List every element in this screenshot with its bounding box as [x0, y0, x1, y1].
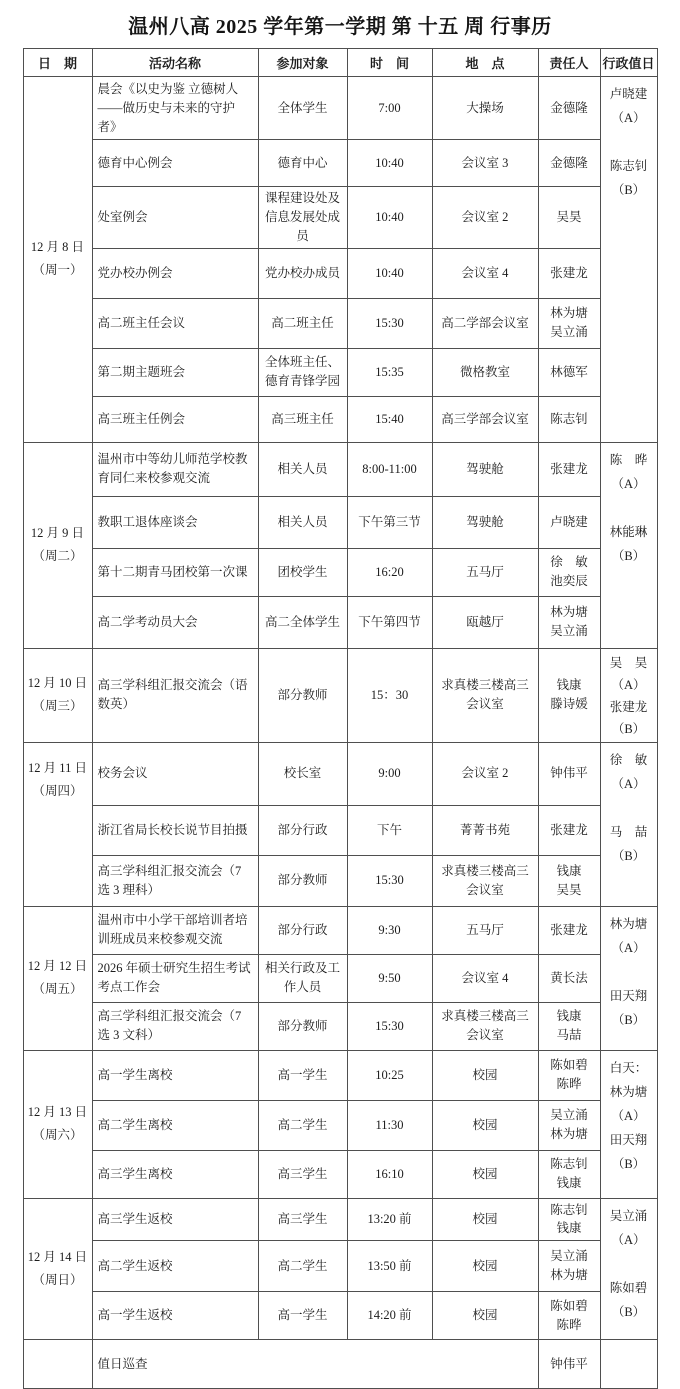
owner-cell: 林为塘 吴立涌 — [538, 596, 600, 648]
col-header-activity: 活动名称 — [92, 49, 258, 77]
schedule-row: 高二学考动员大会 高二全体学生 下午第四节 瓯越厅 林为塘 吴立涌 — [23, 596, 657, 648]
participants-cell: 部分教师 — [258, 1002, 347, 1050]
time-cell: 14:20 前 — [347, 1292, 432, 1340]
location-cell: 瓯越厅 — [432, 596, 538, 648]
duty-cell: 林为塘 （A） 田天翔 （B） — [600, 906, 657, 1050]
schedule-row: 党办校办例会 党办校办成员 10:40 会议室 4 张建龙 — [23, 248, 657, 298]
schedule-row: 高三学科组汇报交流会（7 选 3 文科） 部分教师 15:30 求真楼三楼高三 … — [23, 1002, 657, 1050]
participants-cell: 高二学生 — [258, 1100, 347, 1150]
schedule-row: 教职工退体座谈会 相关人员 下午第三节 驾驶舱 卢晓建 — [23, 496, 657, 548]
schedule-row: 浙江省局长校长说节目拍摄 部分行政 下午 菁菁书苑 张建龙 — [23, 805, 657, 855]
participants-cell: 相关人员 — [258, 442, 347, 496]
time-cell: 15:30 — [347, 298, 432, 348]
owner-cell: 陈如碧 陈晔 — [538, 1292, 600, 1340]
owner-cell: 钟伟平 — [538, 1340, 600, 1389]
location-cell: 大操场 — [432, 77, 538, 140]
col-header-date: 日 期 — [23, 49, 92, 77]
schedule-row: 12 月 11 日 （周四） 校务会议 校长室 9:00 会议室 2 钟伟平 徐… — [23, 742, 657, 805]
activity-cell: 温州市中小学干部培训者培训班成员来校参观交流 — [92, 906, 258, 954]
location-cell: 高二学部会议室 — [432, 298, 538, 348]
location-cell: 求真楼三楼高三 会议室 — [432, 1002, 538, 1050]
participants-cell: 部分教师 — [258, 855, 347, 906]
location-cell: 菁菁书苑 — [432, 805, 538, 855]
activity-cell: 高二学生返校 — [92, 1241, 258, 1292]
time-cell: 9:50 — [347, 954, 432, 1002]
participants-cell: 相关人员 — [258, 496, 347, 548]
location-cell: 微格教室 — [432, 348, 538, 396]
participants-cell: 团校学生 — [258, 548, 347, 596]
participants-cell: 高一学生 — [258, 1050, 347, 1100]
participants-cell: 部分行政 — [258, 805, 347, 855]
participants-cell: 校长室 — [258, 742, 347, 805]
time-cell: 15:40 — [347, 396, 432, 442]
time-cell: 13:20 前 — [347, 1198, 432, 1241]
time-cell: 9:30 — [347, 906, 432, 954]
activity-cell: 高三学科组汇报交流会（7 选 3 文科） — [92, 1002, 258, 1050]
time-cell: 10:40 — [347, 248, 432, 298]
time-cell: 13:50 前 — [347, 1241, 432, 1292]
duty-cell: 徐 敏 （A） 马 喆 （B） — [600, 742, 657, 906]
schedule-row: 处室例会 课程建设处及 信息发展处成 员 10:40 会议室 2 吴昊 — [23, 187, 657, 248]
location-cell: 校园 — [432, 1150, 538, 1198]
owner-cell: 钟伟平 — [538, 742, 600, 805]
schedule-row: 值日巡查 钟伟平 — [23, 1340, 657, 1389]
owner-cell: 张建龙 — [538, 248, 600, 298]
activity-cell: 党办校办例会 — [92, 248, 258, 298]
participants-cell: 全体学生 — [258, 77, 347, 140]
owner-cell: 金德隆 — [538, 140, 600, 187]
time-cell: 10:40 — [347, 140, 432, 187]
owner-cell: 吴立涌 林为塘 — [538, 1100, 600, 1150]
participants-cell: 高三班主任 — [258, 396, 347, 442]
schedule-row: 12 月 14 日 （周日） 高三学生返校 高三学生 13:20 前 校园 陈志… — [23, 1198, 657, 1241]
location-cell: 高三学部会议室 — [432, 396, 538, 442]
time-cell: 16:10 — [347, 1150, 432, 1198]
owner-cell: 黄长法 — [538, 954, 600, 1002]
participants-cell: 党办校办成员 — [258, 248, 347, 298]
activity-cell: 高三学科组汇报交流会（7 选 3 理科） — [92, 855, 258, 906]
activity-cell: 2026 年硕士研究生招生考试考点工作会 — [92, 954, 258, 1002]
time-cell: 15:35 — [347, 348, 432, 396]
activity-cell: 处室例会 — [92, 187, 258, 248]
schedule-row: 高一学生返校 高一学生 14:20 前 校园 陈如碧 陈晔 — [23, 1292, 657, 1340]
schedule-row: 第十二期青马团校第一次课 团校学生 16:20 五马厅 徐 敏 池奕辰 — [23, 548, 657, 596]
owner-cell: 徐 敏 池奕辰 — [538, 548, 600, 596]
page-title: 温州八高 2025 学年第一学期 第 十五 周 行事历 — [0, 0, 680, 48]
location-cell: 会议室 3 — [432, 140, 538, 187]
schedule-row: 高二班主任会议 高二班主任 15:30 高二学部会议室 林为塘 吴立涌 — [23, 298, 657, 348]
owner-cell: 张建龙 — [538, 442, 600, 496]
location-cell: 校园 — [432, 1292, 538, 1340]
activity-cell: 高三学科组汇报交流会（语数英） — [92, 648, 258, 742]
activity-cell: 高三学生离校 — [92, 1150, 258, 1198]
activity-cell: 浙江省局长校长说节目拍摄 — [92, 805, 258, 855]
participants-cell: 课程建设处及 信息发展处成 员 — [258, 187, 347, 248]
schedule-row: 12 月 9 日 （周二） 温州市中等幼儿师范学校教育同仁来校参观交流 相关人员… — [23, 442, 657, 496]
time-cell: 10:25 — [347, 1050, 432, 1100]
header-row: 日 期 活动名称 参加对象 时 间 地 点 责任人 行政值日 — [23, 49, 657, 77]
duty-cell — [600, 1340, 657, 1389]
participants-cell: 高三学生 — [258, 1150, 347, 1198]
owner-cell: 吴立涌 林为塘 — [538, 1241, 600, 1292]
date-cell: 12 月 12 日 （周五） — [23, 906, 92, 1050]
owner-cell: 陈志钊 钱康 — [538, 1150, 600, 1198]
schedule-row: 2026 年硕士研究生招生考试考点工作会 相关行政及工 作人员 9:50 会议室… — [23, 954, 657, 1002]
date-cell: 12 月 11 日 （周四） — [23, 742, 92, 906]
time-cell: 7:00 — [347, 77, 432, 140]
activity-cell: 晨会《以史为鉴 立德树人——做历史与未来的守护者》 — [92, 77, 258, 140]
activity-cell: 高三学生返校 — [92, 1198, 258, 1241]
activity-cell: 高一学生离校 — [92, 1050, 258, 1100]
participants-cell: 相关行政及工 作人员 — [258, 954, 347, 1002]
participants-cell: 高一学生 — [258, 1292, 347, 1340]
location-cell: 校园 — [432, 1241, 538, 1292]
activity-cell: 值日巡查 — [92, 1340, 538, 1389]
owner-cell: 张建龙 — [538, 906, 600, 954]
owner-cell: 吴昊 — [538, 187, 600, 248]
activity-cell: 高三班主任例会 — [92, 396, 258, 442]
schedule-row: 高二学生离校 高二学生 11:30 校园 吴立涌 林为塘 — [23, 1100, 657, 1150]
activity-cell: 温州市中等幼儿师范学校教育同仁来校参观交流 — [92, 442, 258, 496]
activity-cell: 高二学考动员大会 — [92, 596, 258, 648]
date-cell: 12 月 9 日 （周二） — [23, 442, 92, 648]
location-cell: 会议室 4 — [432, 248, 538, 298]
location-cell: 校园 — [432, 1050, 538, 1100]
date-cell: 12 月 10 日 （周三） — [23, 648, 92, 742]
schedule-row: 高三学科组汇报交流会（7 选 3 理科） 部分教师 15:30 求真楼三楼高三 … — [23, 855, 657, 906]
schedule-row: 12 月 10 日 （周三） 高三学科组汇报交流会（语数英） 部分教师 15：3… — [23, 648, 657, 742]
schedule-row: 12 月 8 日 （周一） 晨会《以史为鉴 立德树人——做历史与未来的守护者》 … — [23, 77, 657, 140]
time-cell: 11:30 — [347, 1100, 432, 1150]
col-header-participants: 参加对象 — [258, 49, 347, 77]
location-cell: 求真楼三楼高三 会议室 — [432, 855, 538, 906]
activity-cell: 第二期主题班会 — [92, 348, 258, 396]
schedule-row: 第二期主题班会 全体班主任、 德育青锋学园 15:35 微格教室 林德军 — [23, 348, 657, 396]
schedule-row: 12 月 12 日 （周五） 温州市中小学干部培训者培训班成员来校参观交流 部分… — [23, 906, 657, 954]
duty-cell: 陈 晔 （A） 林能琳 （B） — [600, 442, 657, 648]
time-cell: 下午第三节 — [347, 496, 432, 548]
col-header-location: 地 点 — [432, 49, 538, 77]
owner-cell: 陈志钊 钱康 — [538, 1198, 600, 1241]
time-cell: 下午第四节 — [347, 596, 432, 648]
time-cell: 9:00 — [347, 742, 432, 805]
participants-cell: 部分教师 — [258, 648, 347, 742]
duty-cell: 卢晓建 （A） 陈志钊 （B） — [600, 77, 657, 443]
participants-cell: 德育中心 — [258, 140, 347, 187]
owner-cell: 林德军 — [538, 348, 600, 396]
date-cell: 12 月 14 日 （周日） — [23, 1198, 92, 1340]
owner-cell: 张建龙 — [538, 805, 600, 855]
location-cell: 会议室 4 — [432, 954, 538, 1002]
activity-cell: 德育中心例会 — [92, 140, 258, 187]
time-cell: 15:30 — [347, 855, 432, 906]
participants-cell: 全体班主任、 德育青锋学园 — [258, 348, 347, 396]
participants-cell: 高二学生 — [258, 1241, 347, 1292]
owner-cell: 钱康 马喆 — [538, 1002, 600, 1050]
location-cell: 驾驶舱 — [432, 442, 538, 496]
owner-cell: 钱康 滕诗媛 — [538, 648, 600, 742]
time-cell: 下午 — [347, 805, 432, 855]
owner-cell: 金德隆 — [538, 77, 600, 140]
duty-cell: 吴立涌 （A） 陈如碧 （B） — [600, 1198, 657, 1340]
participants-cell: 部分行政 — [258, 906, 347, 954]
activity-cell: 第十二期青马团校第一次课 — [92, 548, 258, 596]
schedule-row: 高二学生返校 高二学生 13:50 前 校园 吴立涌 林为塘 — [23, 1241, 657, 1292]
owner-cell: 卢晓建 — [538, 496, 600, 548]
schedule-table: 日 期 活动名称 参加对象 时 间 地 点 责任人 行政值日 12 月 8 日 … — [23, 48, 658, 1389]
date-cell: 12 月 13 日 （周六） — [23, 1050, 92, 1198]
location-cell: 驾驶舱 — [432, 496, 538, 548]
duty-cell: 白天： 林为塘 （A） 田天翔 （B） — [600, 1050, 657, 1198]
activity-cell: 高一学生返校 — [92, 1292, 258, 1340]
time-cell: 8:00-11:00 — [347, 442, 432, 496]
activity-cell: 高二班主任会议 — [92, 298, 258, 348]
activity-cell: 教职工退体座谈会 — [92, 496, 258, 548]
activity-cell: 校务会议 — [92, 742, 258, 805]
schedule-row: 德育中心例会 德育中心 10:40 会议室 3 金德隆 — [23, 140, 657, 187]
location-cell: 会议室 2 — [432, 187, 538, 248]
owner-cell: 陈如碧 陈晔 — [538, 1050, 600, 1100]
participants-cell: 高二全体学生 — [258, 596, 347, 648]
schedule-row: 高三班主任例会 高三班主任 15:40 高三学部会议室 陈志钊 — [23, 396, 657, 442]
location-cell: 会议室 2 — [432, 742, 538, 805]
time-cell: 15：30 — [347, 648, 432, 742]
participants-cell: 高二班主任 — [258, 298, 347, 348]
schedule-row: 12 月 13 日 （周六） 高一学生离校 高一学生 10:25 校园 陈如碧 … — [23, 1050, 657, 1100]
owner-cell: 钱康 吴昊 — [538, 855, 600, 906]
participants-cell: 高三学生 — [258, 1198, 347, 1241]
time-cell: 16:20 — [347, 548, 432, 596]
duty-cell: 吴 昊 （A） 张建龙 （B） — [600, 648, 657, 742]
col-header-duty: 行政值日 — [600, 49, 657, 77]
time-cell: 10:40 — [347, 187, 432, 248]
schedule-row: 高三学生离校 高三学生 16:10 校园 陈志钊 钱康 — [23, 1150, 657, 1198]
col-header-time: 时 间 — [347, 49, 432, 77]
date-cell: 12 月 8 日 （周一） — [23, 77, 92, 443]
owner-cell: 陈志钊 — [538, 396, 600, 442]
date-cell — [23, 1340, 92, 1389]
time-cell: 15:30 — [347, 1002, 432, 1050]
location-cell: 求真楼三楼高三 会议室 — [432, 648, 538, 742]
location-cell: 校园 — [432, 1100, 538, 1150]
owner-cell: 林为塘 吴立涌 — [538, 298, 600, 348]
location-cell: 五马厅 — [432, 906, 538, 954]
location-cell: 校园 — [432, 1198, 538, 1241]
activity-cell: 高二学生离校 — [92, 1100, 258, 1150]
col-header-owner: 责任人 — [538, 49, 600, 77]
location-cell: 五马厅 — [432, 548, 538, 596]
